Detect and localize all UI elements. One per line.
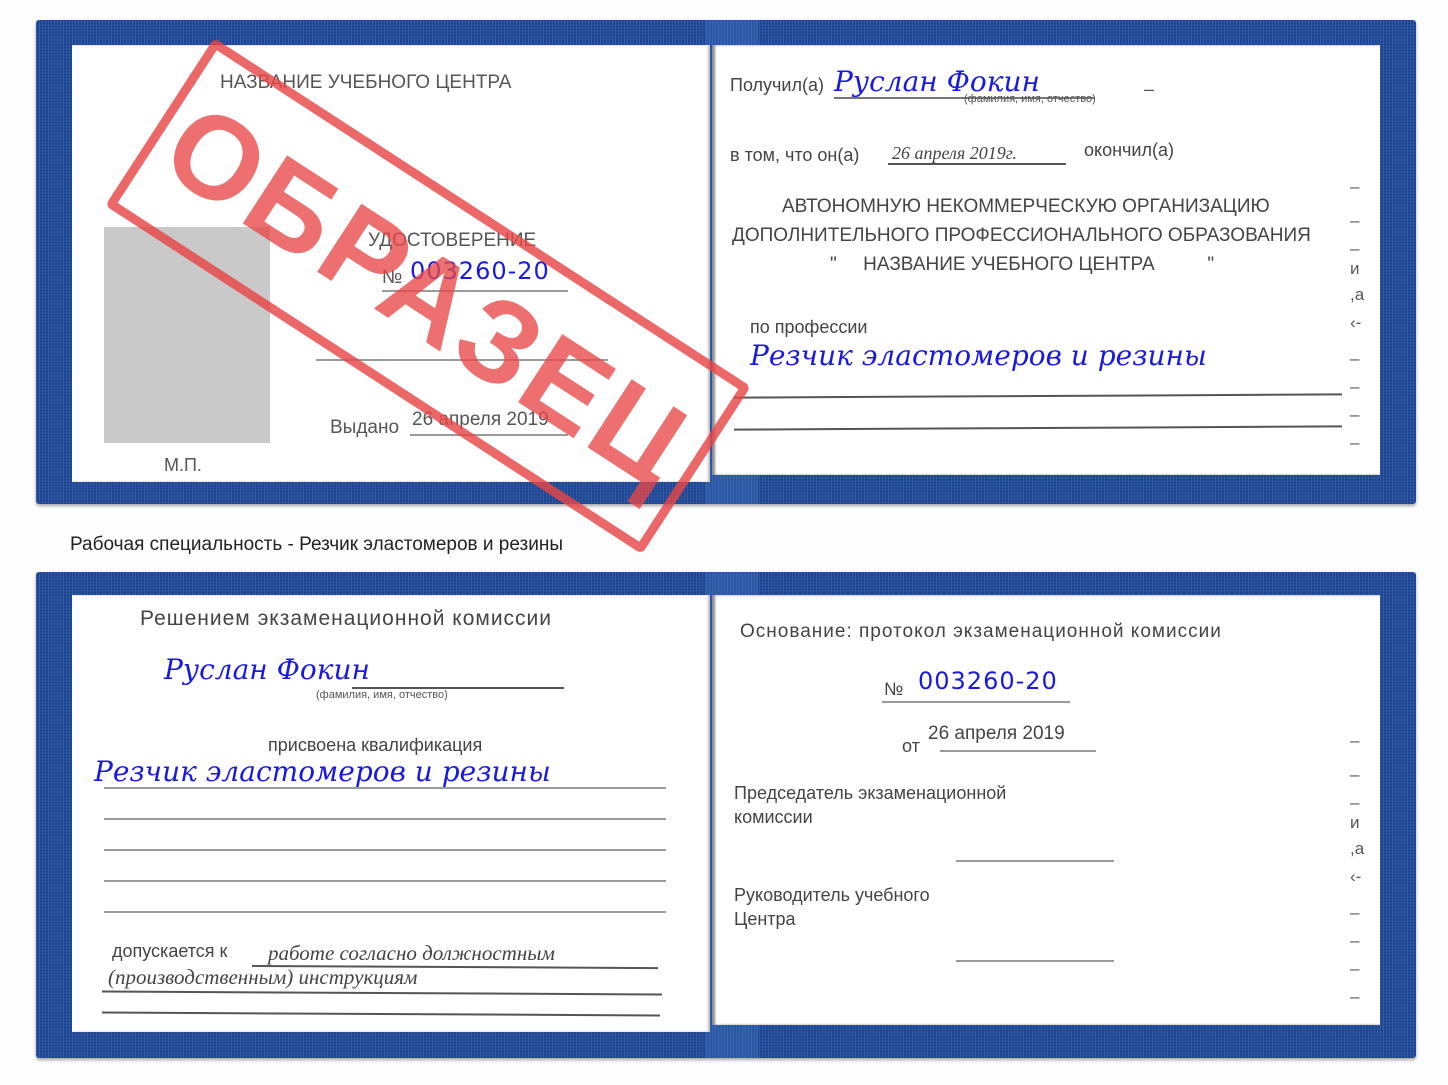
chairman-label-1: Председатель экзаменационной: [734, 783, 1006, 804]
bottom-edge-marks: – – – и ,а ‹- – – – –: [1350, 732, 1364, 1016]
profession-line-1: [734, 393, 1342, 398]
dash-mark: –: [1144, 79, 1154, 100]
person-name: Руслан Фокин: [164, 653, 370, 686]
finished-label: окончил(а): [1084, 140, 1174, 161]
profession-line-2: [734, 425, 1342, 430]
qualification-line-2: [104, 818, 666, 820]
admitted-underline-2: [102, 991, 662, 995]
issued-label: Выдано: [330, 417, 399, 439]
training-center-name: НАЗВАНИЕ УЧЕБНОГО ЦЕНТРА: [220, 72, 512, 94]
basis-label: Основание: протокол экзаменационной коми…: [740, 621, 1222, 643]
qualification-line-5: [104, 911, 666, 913]
profession-label: по профессии: [750, 317, 867, 338]
top-left-page: НАЗВАНИЕ УЧЕБНОГО ЦЕНТРА УДОСТОВЕРЕНИЕ №…: [72, 45, 710, 482]
issued-date-line: [410, 434, 568, 436]
photo-placeholder: [104, 227, 270, 443]
qualification-label: присвоена квалификация: [268, 735, 482, 756]
organization-line-1: АВТОНОМНУЮ НЕКОММЕРЧЕСКУЮ ОРГАНИЗАЦИЮ: [782, 196, 1270, 218]
head-signature-line: [956, 960, 1114, 962]
protocol-number-label: №: [884, 679, 903, 700]
name-hint: (фамилия, имя, отчество): [964, 93, 1096, 105]
protocol-date-value: 26 апреля 2019: [928, 723, 1065, 745]
qualification-line-4: [104, 880, 666, 882]
that-label: в том, что он(а): [730, 145, 859, 166]
certificate-number-label: №: [382, 267, 402, 289]
admitted-label: допускается к: [112, 941, 227, 962]
organization-line-2: ДОПОЛНИТЕЛЬНОГО ПРОФЕССИОНАЛЬНОГО ОБРАЗО…: [732, 225, 1311, 247]
chairman-label-2: комиссии: [734, 807, 813, 828]
protocol-number-value: 003260-20: [918, 667, 1058, 695]
bottom-left-page: Решением экзаменационной комиссии Руслан…: [72, 595, 710, 1032]
person-name-hint: (фамилия, имя, отчество): [316, 689, 448, 701]
commission-heading: Решением экзаменационной комиссии: [140, 607, 552, 631]
head-label-1: Руководитель учебного: [734, 885, 930, 906]
qualification-line-3: [104, 849, 666, 851]
blank-line: [316, 359, 608, 361]
qualification-value: Резчик эластомеров и резины: [94, 755, 551, 788]
top-edge-marks: – – – и ,а ‹- – – – –: [1350, 178, 1364, 462]
issued-date: 26 апреля 2019: [412, 409, 549, 431]
certificate-number-line: [382, 290, 568, 292]
protocol-number-line: [882, 701, 1070, 703]
that-date-line: [888, 163, 1066, 165]
admitted-line-2: (производственным) инструкциям: [108, 965, 417, 990]
certificate-title: УДОСТОВЕРЕНИЕ: [368, 230, 536, 252]
received-label: Получил(а): [730, 75, 824, 96]
certificate-number-value: 003260-20: [410, 257, 550, 285]
organization-line-3: " НАЗВАНИЕ УЧЕБНОГО ЦЕНТРА ": [830, 254, 1214, 276]
chairman-signature-line: [956, 860, 1114, 862]
that-date: 26 апреля 2019г.: [892, 143, 1017, 164]
specialty-caption: Рабочая специальность - Резчик эластомер…: [70, 534, 563, 556]
qualification-line-1: [104, 787, 666, 789]
profession-value: Резчик эластомеров и резины: [750, 339, 1207, 372]
stamp-place-label: М.П.: [164, 455, 202, 476]
admitted-line-1: работе согласно должностным: [268, 941, 555, 966]
protocol-date-line: [940, 750, 1096, 752]
head-label-2: Центра: [734, 909, 796, 930]
admitted-underline-3: [102, 1012, 660, 1016]
bottom-right-page: Основание: протокол экзаменационной коми…: [712, 595, 1380, 1025]
top-right-page: Получил(а) Руслан Фокин (фамилия, имя, о…: [712, 45, 1380, 475]
protocol-date-label: от: [902, 736, 920, 757]
